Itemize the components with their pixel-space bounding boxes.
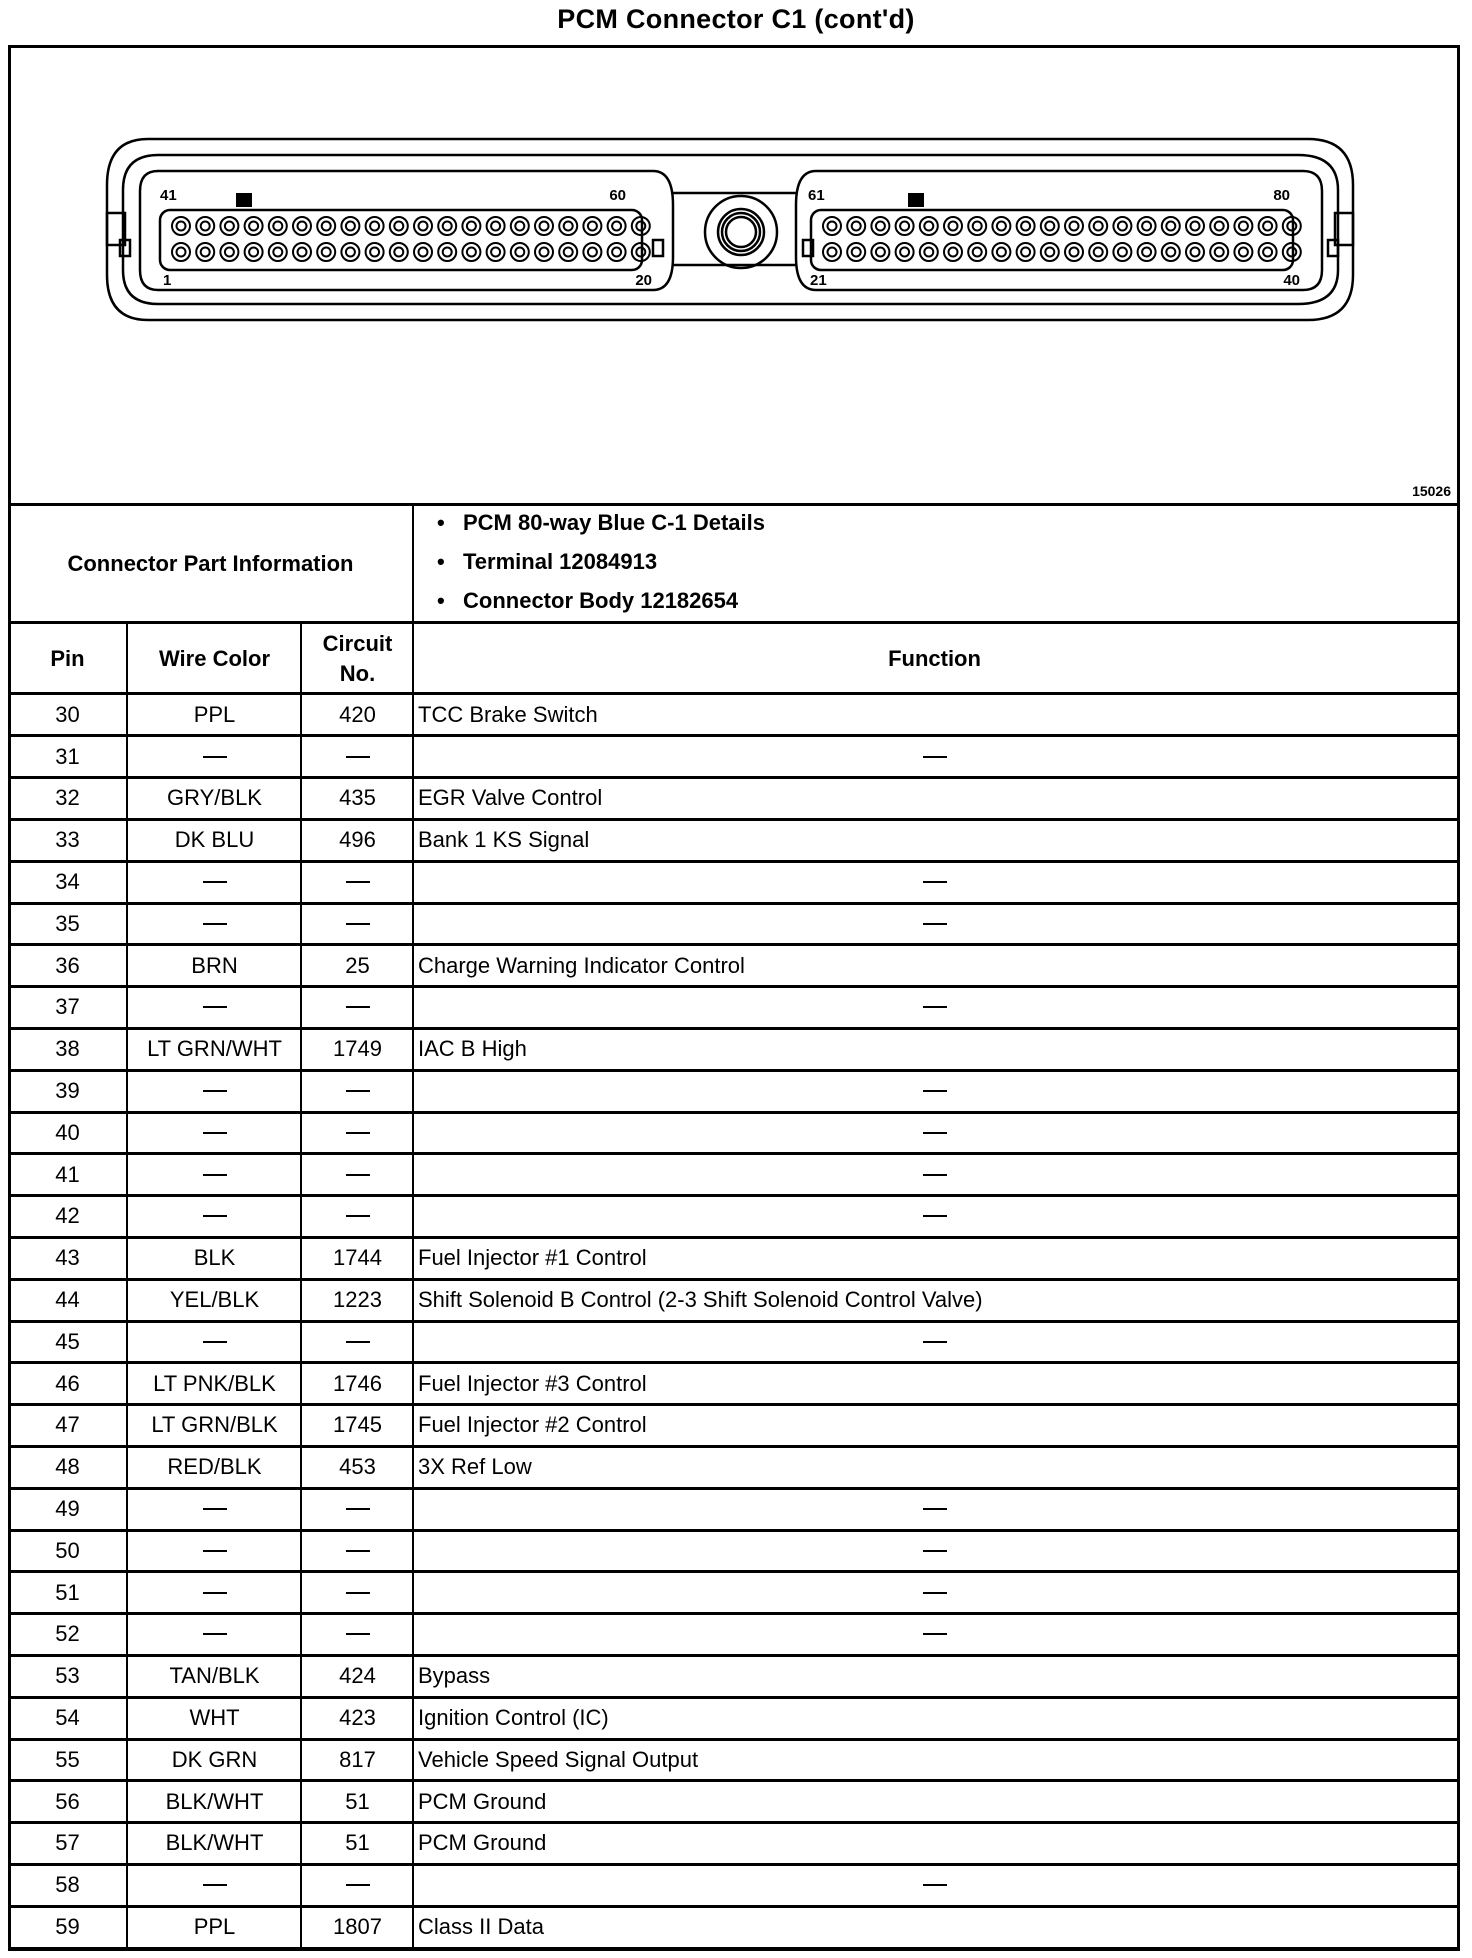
cell-wire: WHT — [128, 1697, 301, 1739]
divider — [412, 503, 414, 623]
cell-pin: 45 — [8, 1321, 127, 1363]
cell-pin: 44 — [8, 1279, 127, 1321]
cell-function — [414, 1070, 1455, 1112]
cell-wire — [128, 1614, 301, 1656]
empty-dash — [203, 1215, 227, 1217]
cell-function: Bypass — [414, 1655, 1455, 1697]
empty-dash — [203, 756, 227, 758]
empty-dash — [346, 1550, 370, 1552]
cell-wire — [128, 903, 301, 945]
cell-circuit: 424 — [302, 1655, 413, 1697]
cell-wire: BLK/WHT — [128, 1781, 301, 1823]
cell-wire: LT GRN/WHT — [128, 1028, 301, 1070]
cell-function — [414, 1614, 1455, 1656]
cell-wire — [128, 1572, 301, 1614]
empty-dash — [923, 1090, 947, 1092]
cell-circuit: 51 — [302, 1781, 413, 1823]
cell-wire: TAN/BLK — [128, 1655, 301, 1697]
cell-circuit: 1807 — [302, 1906, 413, 1948]
cell-wire: BRN — [128, 945, 301, 987]
cell-pin: 51 — [8, 1572, 127, 1614]
cell-wire — [128, 1154, 301, 1196]
cell-circuit: 51 — [302, 1823, 413, 1865]
cell-function: PCM Ground — [414, 1781, 1455, 1823]
empty-dash — [203, 1174, 227, 1176]
cell-function: Charge Warning Indicator Control — [414, 945, 1455, 987]
cell-function — [414, 903, 1455, 945]
cell-circuit: 1749 — [302, 1028, 413, 1070]
page-title: PCM Connector C1 (cont'd) — [0, 4, 1472, 35]
cell-wire: LT GRN/BLK — [128, 1405, 301, 1447]
empty-dash — [346, 756, 370, 758]
empty-dash — [203, 1633, 227, 1635]
cell-pin: 41 — [8, 1154, 127, 1196]
cell-circuit — [302, 903, 413, 945]
cell-circuit: 1744 — [302, 1237, 413, 1279]
empty-dash — [203, 881, 227, 883]
cell-function — [414, 1196, 1455, 1238]
cell-wire — [128, 1112, 301, 1154]
cell-pin: 47 — [8, 1405, 127, 1447]
empty-dash — [203, 923, 227, 925]
cell-wire — [128, 1321, 301, 1363]
cell-function: IAC B High — [414, 1028, 1455, 1070]
header-pin: Pin — [8, 624, 127, 693]
cell-pin: 49 — [8, 1488, 127, 1530]
cell-circuit: 1746 — [302, 1363, 413, 1405]
cell-circuit — [302, 1530, 413, 1572]
cell-function: Class II Data — [414, 1906, 1455, 1948]
cell-function — [414, 1488, 1455, 1530]
header-function: Function — [414, 624, 1455, 693]
cell-wire — [128, 1488, 301, 1530]
cell-function — [414, 1154, 1455, 1196]
cell-function: Fuel Injector #1 Control — [414, 1237, 1455, 1279]
cell-function: Fuel Injector #3 Control — [414, 1363, 1455, 1405]
empty-dash — [203, 1884, 227, 1886]
cell-pin: 48 — [8, 1446, 127, 1488]
empty-dash — [346, 1132, 370, 1134]
cell-function — [414, 1572, 1455, 1614]
header-circuit-line1: Circuit — [323, 629, 393, 659]
part-info-list: PCM 80-way Blue C-1 Details Terminal 120… — [415, 505, 1455, 623]
cell-circuit — [302, 1321, 413, 1363]
cell-pin: 36 — [8, 945, 127, 987]
cell-wire — [128, 1070, 301, 1112]
empty-dash — [346, 1592, 370, 1594]
cell-pin: 31 — [8, 736, 127, 778]
empty-dash — [923, 1592, 947, 1594]
cell-circuit — [302, 1864, 413, 1906]
empty-dash — [203, 1592, 227, 1594]
cell-circuit: 817 — [302, 1739, 413, 1781]
header-circuit-no: Circuit No. — [302, 624, 413, 693]
cell-pin: 38 — [8, 1028, 127, 1070]
cell-wire — [128, 736, 301, 778]
cell-function — [414, 736, 1455, 778]
cell-function: PCM Ground — [414, 1823, 1455, 1865]
cell-pin: 59 — [8, 1906, 127, 1948]
cell-circuit — [302, 736, 413, 778]
cell-circuit — [302, 861, 413, 903]
cell-circuit — [302, 987, 413, 1029]
cell-circuit: 25 — [302, 945, 413, 987]
cell-wire — [128, 987, 301, 1029]
cell-circuit — [302, 1196, 413, 1238]
cell-circuit — [302, 1154, 413, 1196]
cell-function — [414, 987, 1455, 1029]
cell-pin: 40 — [8, 1112, 127, 1154]
cell-pin: 54 — [8, 1697, 127, 1739]
cell-circuit — [302, 1488, 413, 1530]
empty-dash — [346, 1215, 370, 1217]
cell-circuit: 1223 — [302, 1279, 413, 1321]
cell-pin: 55 — [8, 1739, 127, 1781]
cell-function — [414, 1530, 1455, 1572]
cell-wire: LT PNK/BLK — [128, 1363, 301, 1405]
empty-dash — [203, 1341, 227, 1343]
empty-dash — [203, 1006, 227, 1008]
cell-wire: RED/BLK — [128, 1446, 301, 1488]
cell-pin: 37 — [8, 987, 127, 1029]
header-wire-color: Wire Color — [128, 624, 301, 693]
cell-pin: 46 — [8, 1363, 127, 1405]
empty-dash — [346, 923, 370, 925]
cell-wire: BLK/WHT — [128, 1823, 301, 1865]
cell-circuit — [302, 1112, 413, 1154]
cell-pin: 33 — [8, 819, 127, 861]
cell-function: EGR Valve Control — [414, 778, 1455, 820]
cell-circuit — [302, 1070, 413, 1112]
empty-dash — [203, 1508, 227, 1510]
empty-dash — [203, 1090, 227, 1092]
empty-dash — [346, 1341, 370, 1343]
cell-circuit: 423 — [302, 1697, 413, 1739]
cell-wire: YEL/BLK — [128, 1279, 301, 1321]
cell-circuit — [302, 1572, 413, 1614]
cell-pin: 53 — [8, 1655, 127, 1697]
empty-dash — [346, 1884, 370, 1886]
empty-dash — [923, 1341, 947, 1343]
empty-dash — [923, 1132, 947, 1134]
empty-dash — [346, 1508, 370, 1510]
part-info-item: Terminal 12084913 — [463, 549, 657, 575]
part-info-item: Connector Body 12182654 — [463, 588, 738, 614]
cell-wire: DK GRN — [128, 1739, 301, 1781]
cell-function: Bank 1 KS Signal — [414, 819, 1455, 861]
empty-dash — [923, 1215, 947, 1217]
empty-dash — [346, 881, 370, 883]
cell-circuit: 1745 — [302, 1405, 413, 1447]
cell-wire — [128, 1864, 301, 1906]
empty-dash — [923, 923, 947, 925]
cell-circuit — [302, 1614, 413, 1656]
empty-dash — [346, 1174, 370, 1176]
empty-dash — [923, 1174, 947, 1176]
cell-circuit: 420 — [302, 694, 413, 736]
cell-pin: 50 — [8, 1530, 127, 1572]
empty-dash — [923, 1006, 947, 1008]
part-info-item: PCM 80-way Blue C-1 Details — [463, 510, 765, 536]
row-divider — [8, 1947, 1457, 1950]
empty-dash — [923, 1508, 947, 1510]
empty-dash — [203, 1132, 227, 1134]
empty-dash — [346, 1006, 370, 1008]
cell-wire: BLK — [128, 1237, 301, 1279]
cell-pin: 57 — [8, 1823, 127, 1865]
cell-wire: PPL — [128, 694, 301, 736]
empty-dash — [346, 1090, 370, 1092]
empty-dash — [923, 881, 947, 883]
cell-circuit: 435 — [302, 778, 413, 820]
cell-function: TCC Brake Switch — [414, 694, 1455, 736]
cell-function: 3X Ref Low — [414, 1446, 1455, 1488]
cell-function: Shift Solenoid B Control (2-3 Shift Sole… — [414, 1279, 1455, 1321]
empty-dash — [923, 756, 947, 758]
empty-dash — [923, 1884, 947, 1886]
cell-circuit: 496 — [302, 819, 413, 861]
cell-pin: 56 — [8, 1781, 127, 1823]
header-circuit-line2: No. — [340, 659, 375, 689]
cell-pin: 32 — [8, 778, 127, 820]
cell-pin: 34 — [8, 861, 127, 903]
cell-wire — [128, 1196, 301, 1238]
cell-function — [414, 1864, 1455, 1906]
cell-function: Fuel Injector #2 Control — [414, 1405, 1455, 1447]
cell-function — [414, 1112, 1455, 1154]
empty-dash — [923, 1550, 947, 1552]
cell-circuit: 453 — [302, 1446, 413, 1488]
cell-wire: PPL — [128, 1906, 301, 1948]
cell-pin: 35 — [8, 903, 127, 945]
cell-pin: 39 — [8, 1070, 127, 1112]
empty-dash — [203, 1550, 227, 1552]
empty-dash — [346, 1633, 370, 1635]
cell-function — [414, 1321, 1455, 1363]
cell-pin: 30 — [8, 694, 127, 736]
cell-pin: 43 — [8, 1237, 127, 1279]
cell-pin: 58 — [8, 1864, 127, 1906]
part-info-label: Connector Part Information — [8, 505, 413, 623]
cell-pin: 42 — [8, 1196, 127, 1238]
cell-function — [414, 861, 1455, 903]
cell-function: Vehicle Speed Signal Output — [414, 1739, 1455, 1781]
cell-pin: 52 — [8, 1614, 127, 1656]
cell-function: Ignition Control (IC) — [414, 1697, 1455, 1739]
cell-wire — [128, 1530, 301, 1572]
empty-dash — [923, 1633, 947, 1635]
cell-wire — [128, 861, 301, 903]
cell-wire: GRY/BLK — [128, 778, 301, 820]
cell-wire: DK BLU — [128, 819, 301, 861]
